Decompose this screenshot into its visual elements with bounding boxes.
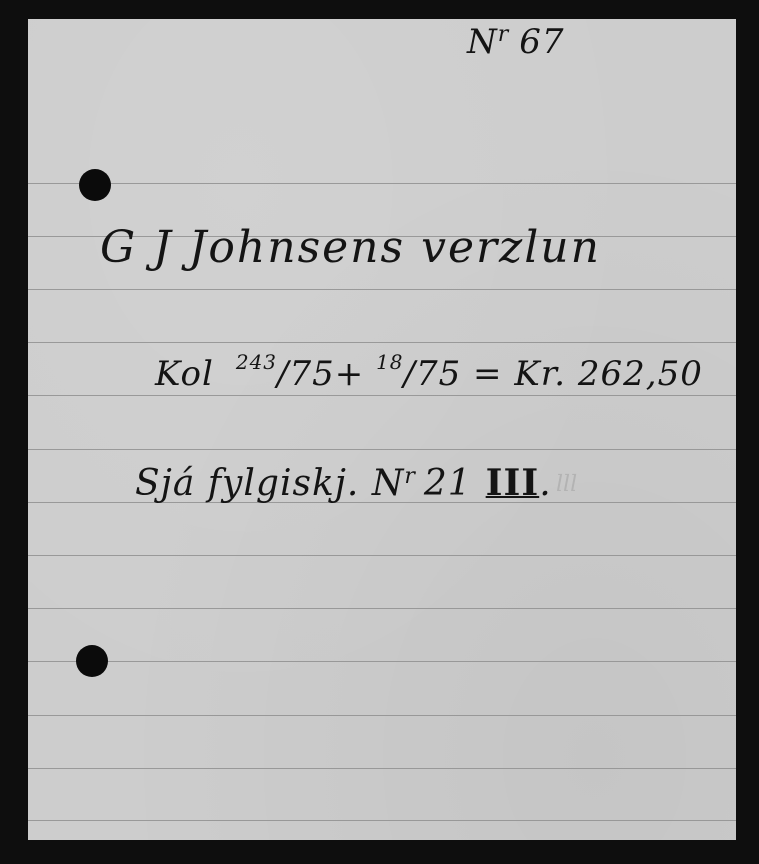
ruled-line: [28, 289, 736, 290]
reference-dot: .: [539, 463, 551, 504]
reference-prefix-superscript: r: [404, 464, 416, 489]
number-value: 67: [519, 22, 564, 62]
faint-pencil-mark: lll: [556, 472, 577, 497]
reference-number: 21: [424, 463, 472, 504]
term1-denominator: /75: [277, 354, 335, 394]
reference-prefix: N: [372, 463, 405, 504]
punch-hole-top: [79, 169, 111, 201]
reference-text: Sjá fylgiskj.: [135, 463, 359, 504]
calculation-line: Kol243/75+ 18/75 = Kr. 262,50: [155, 350, 703, 394]
term2-denominator: /75: [404, 354, 462, 394]
term2-numerator: 18: [376, 350, 403, 374]
term1-numerator: 243: [236, 350, 277, 374]
number-prefix-superscript: r: [498, 22, 510, 47]
ruled-line: [28, 395, 736, 396]
number-prefix: N: [467, 22, 498, 62]
currency-label: Kr.: [514, 354, 566, 394]
ruled-line: [28, 555, 736, 556]
ruled-line: [28, 342, 736, 343]
ruled-line: [28, 183, 736, 184]
equals-sign: =: [473, 354, 503, 394]
ruled-line: [28, 715, 736, 716]
plus-sign: +: [335, 354, 365, 394]
document-number: Nr67: [467, 22, 565, 62]
ruled-line: [28, 661, 736, 662]
ruled-line: [28, 820, 736, 821]
ruled-line: [28, 449, 736, 450]
reference-line: Sjá fylgiskj. Nr21III.: [135, 462, 552, 504]
amount-value: 262,50: [578, 354, 703, 394]
punch-hole-bottom: [76, 645, 108, 677]
ruled-line: [28, 768, 736, 769]
ruled-line: [28, 608, 736, 609]
calc-label: Kol: [155, 354, 214, 394]
archival-card: [28, 19, 736, 840]
reference-roman-numeral: III: [486, 462, 540, 504]
document-title: G J Johnsens verzlun: [100, 222, 601, 273]
